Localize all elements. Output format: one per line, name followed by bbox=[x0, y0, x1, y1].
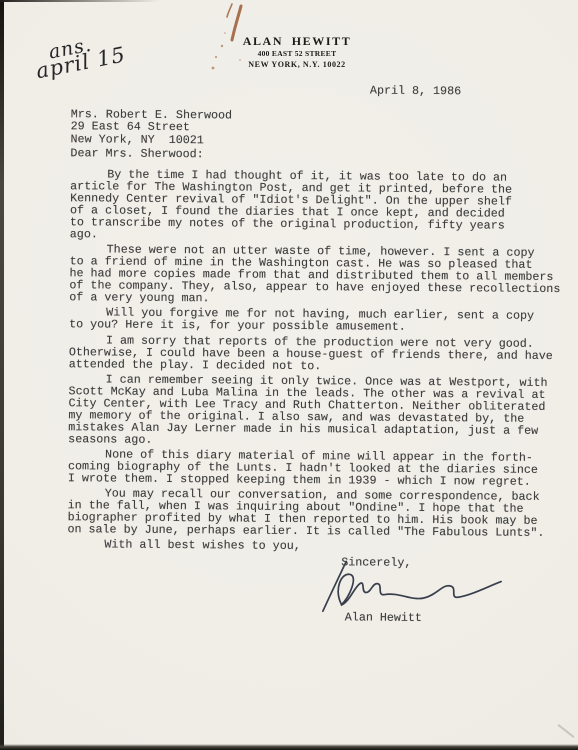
letter-paragraph: These were not an utter waste of time, h… bbox=[69, 243, 578, 307]
letterhead: ALAN HEWITT 400 EAST 52 STREET NEW YORK,… bbox=[218, 35, 376, 69]
letterhead-name: ALAN HEWITT bbox=[218, 35, 376, 47]
closing-line: With all best wishes to you, bbox=[67, 538, 578, 554]
typed-letter-content: April 8, 1986 Mrs. Robert E. Sherwood 29… bbox=[0, 82, 578, 687]
letterhead-city: NEW YORK, N.Y. 10022 bbox=[218, 60, 376, 69]
letter-paragraph: By the time I had thought of it, it was … bbox=[70, 168, 578, 244]
letter-paragraph: You may recall our conversation, and som… bbox=[67, 487, 578, 539]
handwritten-note: ans. april 15 bbox=[31, 28, 128, 84]
typed-signature-name: Alan Hewitt bbox=[345, 611, 422, 624]
letter-paragraph: I can remember seeing it only twice. Onc… bbox=[68, 373, 578, 449]
letterhead-street: 400 EAST 52 STREET bbox=[218, 50, 376, 58]
scan-edge-bottom bbox=[0, 744, 578, 750]
letter-scan: ans. april 15 ALAN HEWITT 400 EAST 52 ST… bbox=[0, 0, 578, 750]
scan-corner-scratch bbox=[558, 724, 575, 738]
salutation: Dear Mrs. Sherwood: bbox=[70, 147, 203, 160]
signature-script bbox=[313, 559, 508, 617]
letter-paragraph: I am sorry that reports of the productio… bbox=[69, 334, 578, 374]
letter-paragraph: Will you forgive me for not having, much… bbox=[69, 307, 578, 335]
letter-paragraphs: By the time I had thought of it, it was … bbox=[67, 168, 578, 558]
scan-edge-top bbox=[0, 0, 160, 2]
letter-date: April 8, 1986 bbox=[370, 85, 461, 98]
letter-paragraph: None of this diary material of mine will… bbox=[68, 448, 578, 488]
recipient-address: Mrs. Robert E. Sherwood 29 East 64 Stree… bbox=[71, 108, 233, 146]
